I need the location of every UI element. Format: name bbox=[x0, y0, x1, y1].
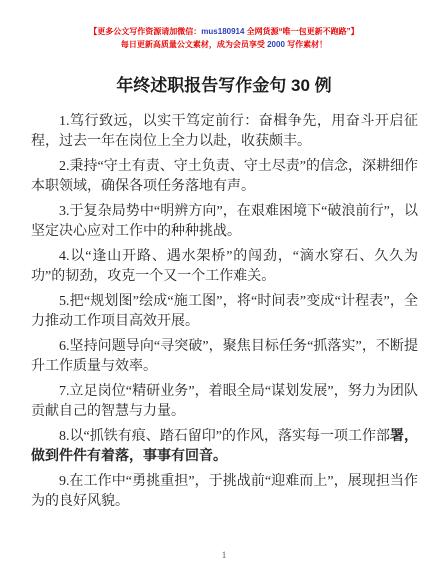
report-item-9: 9.在工作中“勇挑重担”，于挑战前“迎难而上”，展现担当作为的良好风貌。 bbox=[31, 472, 418, 512]
report-item-8: 8.以“抓铁有痕、踏石留印”的作风，落实每一项工作部署，做到件件有着落，事事有回… bbox=[31, 427, 418, 467]
report-item-7: 7.立足岗位“精研业务”，着眼全局“谋划发展”，努力为团队贡献自己的智慧与力量。 bbox=[31, 382, 418, 422]
document-page: 【更多公文写作资源请加微信：mus180914 全网货源“唯一包更新不跑路”】 … bbox=[0, 0, 448, 580]
report-item-8-text: 8.以“抓铁有痕、踏石留印”的作风，落实每一项工作部 bbox=[59, 429, 390, 444]
report-item-4: 4.以“逢山开路、遇水架桥”的闯劲，“滴水穿石、久久为功”的韧劲，攻克一个又一个… bbox=[31, 247, 418, 287]
report-item-9-text: 9.在工作中“勇挑重担”，于挑战前“迎难而上”，展现担当作为的良好风貌。 bbox=[31, 474, 418, 509]
watermark-header: 【更多公文写作资源请加微信：mus180914 全网货源“唯一包更新不跑路”】 … bbox=[0, 0, 448, 51]
watermark-wechat-id: mus180914 bbox=[201, 27, 244, 36]
report-item-5-text: 5.把“规划图”绘成“施工图”，将“时间表”变成“计程表”，全力推动工作项目高效… bbox=[31, 294, 418, 329]
report-item-1: 1.笃行致远，以实干笃定前行：奋楫争先，用奋斗开启征程，过去一年在岗位上全力以赴… bbox=[31, 112, 418, 152]
watermark-line-1: 【更多公文写作资源请加微信：mus180914 全网货源“唯一包更新不跑路”】 bbox=[0, 25, 448, 38]
watermark-line1-post: 全网货源“唯一包更新不跑路”】 bbox=[244, 27, 358, 36]
page-title: 年终述职报告写作金句 30 例 bbox=[0, 74, 448, 98]
report-item-7-text: 7.立足岗位“精研业务”，着眼全局“谋划发展”，努力为团队贡献自己的智慧与力量。 bbox=[31, 384, 418, 419]
report-item-5: 5.把“规划图”绘成“施工图”，将“时间表”变成“计程表”，全力推动工作项目高效… bbox=[31, 292, 418, 332]
report-item-6-text: 6.坚持问题导向“寻突破”，聚焦目标任务“抓落实”，不断提升工作质量与效率。 bbox=[31, 339, 418, 374]
report-item-3-text: 3.于复杂局势中“明辨方向”，在艰难困境下“破浪前行”，以坚定决心应对工作中的种… bbox=[31, 204, 418, 239]
watermark-line2-post: 写作素材！ bbox=[285, 40, 327, 49]
watermark-line1-pre: 【更多公文写作资源请加微信： bbox=[89, 27, 201, 36]
page-number: 1 bbox=[0, 550, 448, 560]
report-item-2: 2.秉持“守土有责、守土负责、守土尽责”的信念，深耕细作本职领域，确保各项任务落… bbox=[31, 157, 418, 197]
report-item-6: 6.坚持问题导向“寻突破”，聚焦目标任务“抓落实”，不断提升工作质量与效率。 bbox=[31, 337, 418, 377]
report-item-4-text: 4.以“逢山开路、遇水架桥”的闯劲，“滴水穿石、久久为功”的韧劲，攻克一个又一个… bbox=[31, 249, 418, 284]
report-item-2-text: 2.秉持“守土有责、守土负责、守土尽责”的信念，深耕细作本职领域，确保各项任务落… bbox=[31, 159, 418, 194]
watermark-line2-pre: 每日更新高质量公文素材，成为会员享受 bbox=[121, 40, 267, 49]
report-item-1-text: 1.笃行致远，以实干笃定前行：奋楫争先，用奋斗开启征程，过去一年在岗位上全力以赴… bbox=[31, 114, 418, 149]
watermark-line-2: 每日更新高质量公文素材，成为会员享受 2000 写作素材！ bbox=[0, 38, 448, 51]
watermark-material-count: 2000 bbox=[267, 40, 285, 49]
report-item-3: 3.于复杂局势中“明辨方向”，在艰难困境下“破浪前行”，以坚定决心应对工作中的种… bbox=[31, 202, 418, 242]
document-body: 1.笃行致远，以实干笃定前行：奋楫争先，用奋斗开启征程，过去一年在岗位上全力以赴… bbox=[31, 112, 418, 512]
